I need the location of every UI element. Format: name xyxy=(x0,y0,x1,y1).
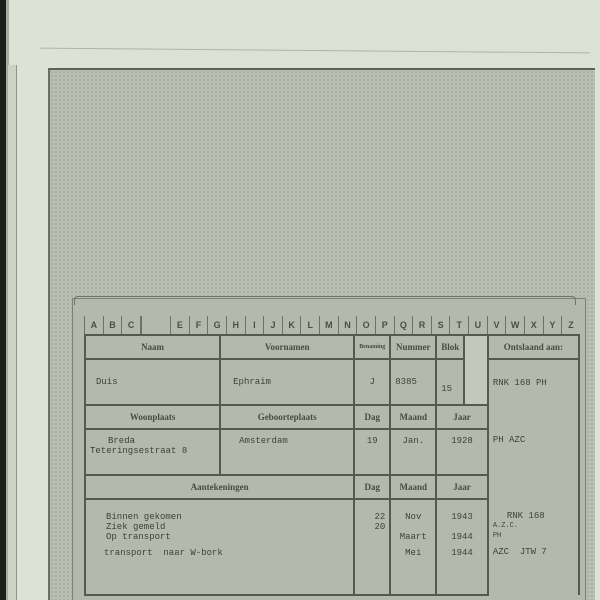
entry-maand-empty xyxy=(395,522,431,532)
index-letter: V xyxy=(487,316,506,334)
index-letter: M xyxy=(319,316,338,334)
header-entry-maand: Maand xyxy=(390,475,436,499)
header-nummer: Nummer xyxy=(390,335,436,359)
header-voornamen: Voornamen xyxy=(220,335,354,359)
header-naam: Naam xyxy=(85,335,220,359)
value-birth-maand: Jan. xyxy=(390,429,436,475)
value-birth-jaar: 1928 xyxy=(436,429,488,475)
header-jaar: Jaar xyxy=(436,405,488,429)
index-letter: Q xyxy=(394,316,413,334)
entry-text: Op transport xyxy=(106,532,353,542)
entry-jaar: 1944 xyxy=(441,548,483,558)
index-letter: L xyxy=(300,316,319,334)
ontslaan-column-spacer xyxy=(488,405,579,429)
index-letter: B xyxy=(103,316,122,334)
header-aantekeningen: Aantekeningen xyxy=(85,475,354,499)
entry-note: A.Z.C. xyxy=(493,521,574,531)
left-paper-strip xyxy=(8,65,17,600)
header-blok: Blok xyxy=(436,335,464,359)
index-letter: Z xyxy=(561,316,580,334)
value-benaming: J xyxy=(354,359,390,405)
entry-maand: Nov xyxy=(395,512,431,522)
entry-note: AZC JTW 7 xyxy=(493,547,574,557)
aantekeningen-list: Binnen gekomen Ziek gemeld Op transport … xyxy=(85,499,354,595)
value-birth-note: PH AZC xyxy=(488,429,579,475)
card-table: Naam Voornamen Benaming Nummer Blok Onts… xyxy=(84,334,580,596)
index-letter: Y xyxy=(543,316,562,334)
index-letter: H xyxy=(226,316,245,334)
value-geboorteplaats: Amsterdam xyxy=(220,429,354,475)
value-blok: 15 xyxy=(436,359,464,405)
value-naam: Duis xyxy=(85,359,220,405)
woonplaats-street: Teteringsestraat 8 xyxy=(90,446,215,456)
index-letter: F xyxy=(189,316,208,334)
index-letter-cutout xyxy=(140,316,170,334)
entry-jaar-empty xyxy=(441,522,483,532)
header-ontslaan: Ontslaand aan: xyxy=(488,335,579,359)
header-woonplaats: Woonplaats xyxy=(85,405,220,429)
photo-slot xyxy=(464,335,488,405)
index-letter: P xyxy=(375,316,394,334)
entry-note: RNK 168 xyxy=(493,511,574,521)
header-geboorteplaats: Geboorteplaats xyxy=(220,405,354,429)
entries-maand: Nov Maart Mei xyxy=(390,499,436,595)
header-entry-jaar: Jaar xyxy=(436,475,488,499)
value-ontslaan: RNK 168 PH xyxy=(488,359,579,405)
index-letter: I xyxy=(245,316,264,334)
index-letter: N xyxy=(338,316,357,334)
header-maand: Maand xyxy=(390,405,436,429)
index-letter: U xyxy=(468,316,487,334)
value-woonplaats: Breda Teteringsestraat 8 xyxy=(85,429,220,475)
entries-dag: 22 20 xyxy=(354,499,390,595)
header-dag: Dag xyxy=(354,405,390,429)
entry-jaar: 1944 xyxy=(441,532,483,542)
entry-maand: Maart xyxy=(395,532,431,542)
entry-dag: 22 xyxy=(355,512,385,522)
card-content: A B C E F G H I J K L M N O P Q R S T U … xyxy=(84,316,580,600)
entry-note: PH xyxy=(493,531,574,541)
woonplaats-city: Breda xyxy=(90,436,215,446)
ontslaan-column-spacer xyxy=(488,475,579,499)
card-tab-outline xyxy=(74,296,576,305)
value-voornamen: Ephraim xyxy=(220,359,354,405)
index-letter: E xyxy=(170,316,189,334)
index-letter: X xyxy=(524,316,543,334)
entry-jaar: 1943 xyxy=(441,512,483,522)
entry-maand: Mei xyxy=(395,548,431,558)
entries-jaar: 1943 1944 1944 xyxy=(436,499,488,595)
header-entry-dag: Dag xyxy=(354,475,390,499)
index-letter: J xyxy=(263,316,282,334)
index-letter: R xyxy=(412,316,431,334)
entry-text: Binnen gekomen xyxy=(106,512,353,522)
entry-dag: 20 xyxy=(355,522,385,532)
index-letter: C xyxy=(121,316,140,334)
header-benaming: Benaming xyxy=(354,335,390,359)
index-letter: O xyxy=(356,316,375,334)
index-letter: T xyxy=(449,316,468,334)
index-letter-row: A B C E F G H I J K L M N O P Q R S T U … xyxy=(84,316,580,334)
value-nummer: 8385 xyxy=(390,359,436,405)
entries-note: RNK 168 A.Z.C. PH AZC JTW 7 xyxy=(488,499,579,595)
index-letter: K xyxy=(282,316,301,334)
entry-text: Ziek gemeld xyxy=(106,522,353,532)
entry-text: transport naar W-bork xyxy=(104,548,353,558)
index-letter: G xyxy=(207,316,226,334)
index-letter: W xyxy=(505,316,524,334)
index-letter: A xyxy=(84,316,103,334)
index-letter: S xyxy=(431,316,450,334)
value-birth-dag: 19 xyxy=(354,429,390,475)
